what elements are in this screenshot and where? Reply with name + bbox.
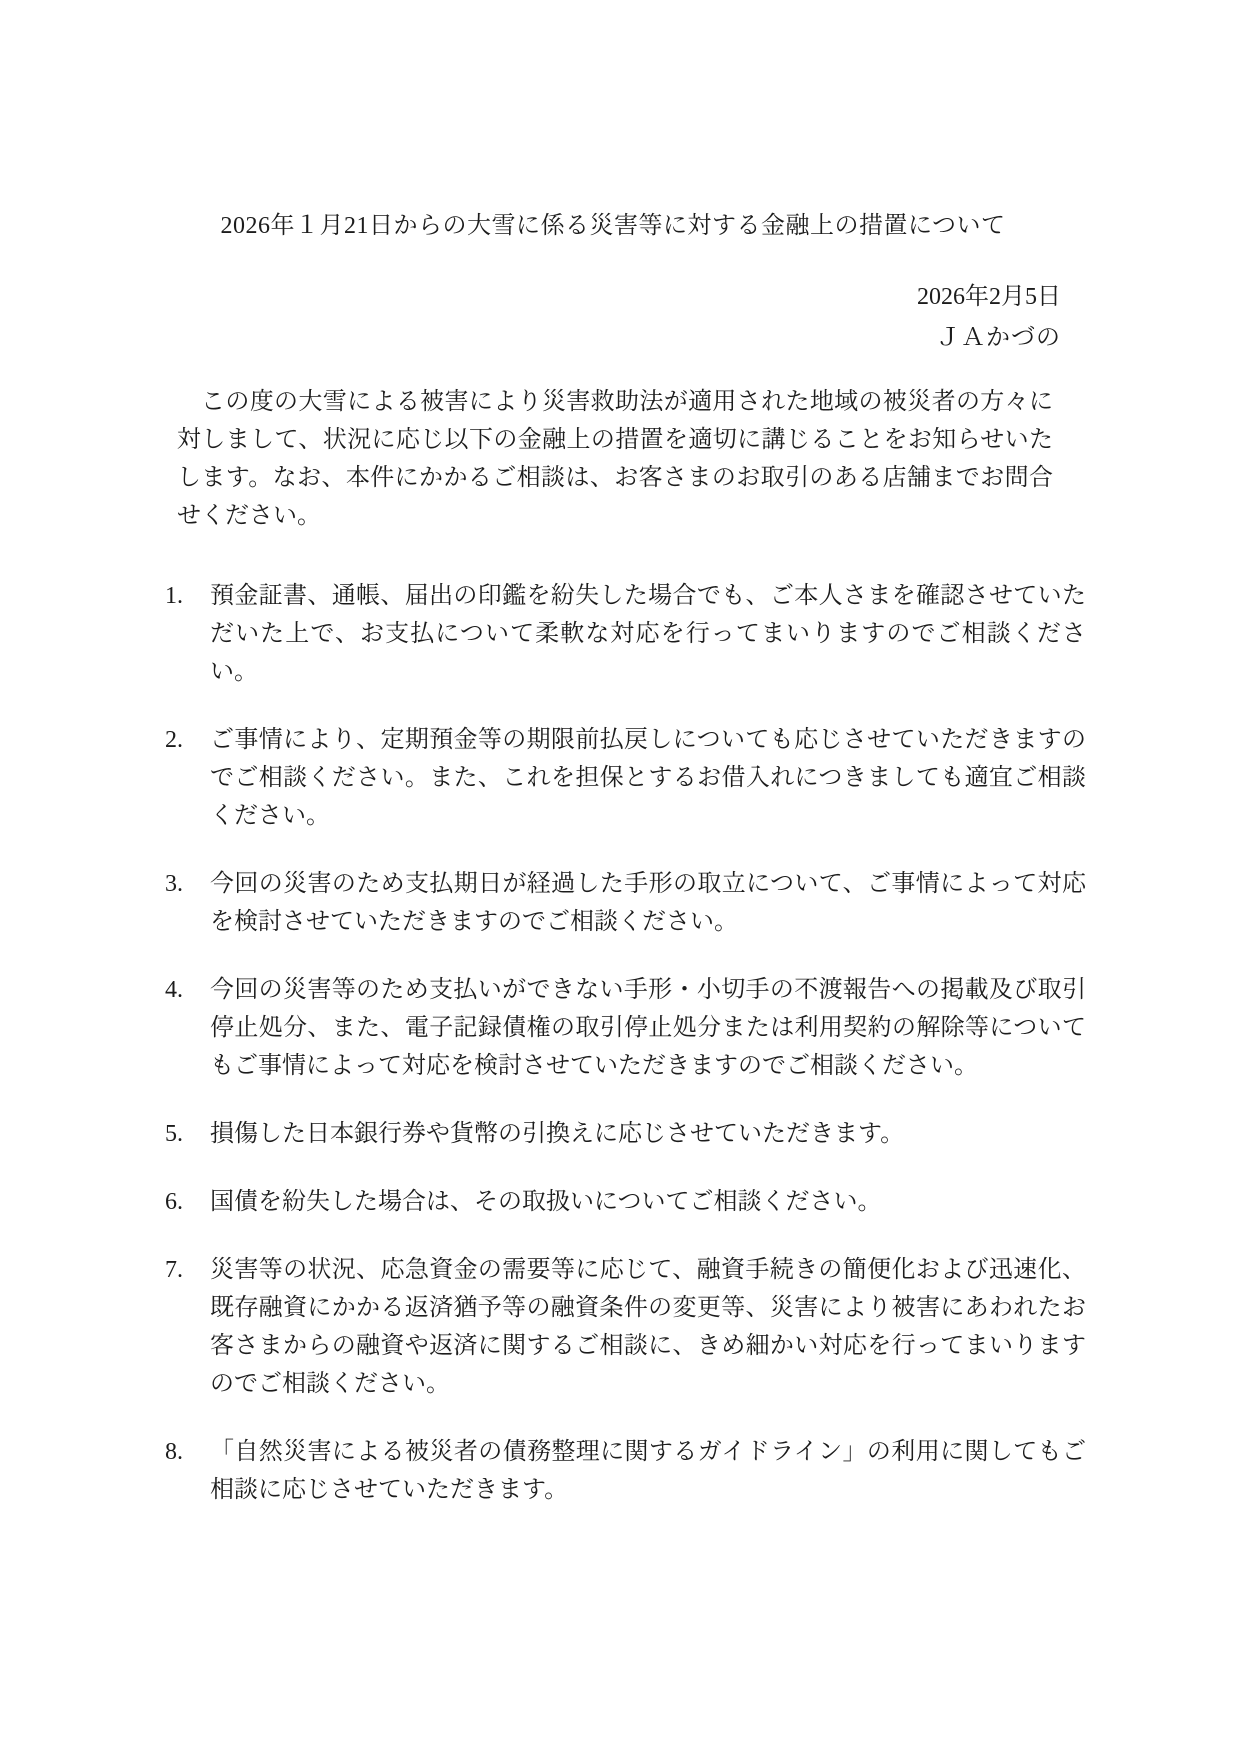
list-item: 1. 預金証書、通帳、届出の印鑑を紛失した場合でも、ご本人さまを確認させていただ… xyxy=(165,577,1086,691)
document-title: 2026年１月21日からの大雪に係る災害等に対する金融上の措置について xyxy=(165,207,1061,245)
item-text: 損傷した日本銀行券や貨幣の引換えに応じさせていただきます。 xyxy=(210,1121,904,1147)
item-number: 6. xyxy=(165,1183,205,1221)
item-number: 2. xyxy=(165,721,205,759)
document-content: 2026年１月21日からの大雪に係る災害等に対する金融上の措置について 2026… xyxy=(165,207,1061,1509)
document-date: 2026年2月5日 xyxy=(165,278,1061,316)
item-number: 3. xyxy=(165,865,205,903)
item-number: 5. xyxy=(165,1115,205,1153)
item-number: 1. xyxy=(165,577,205,615)
list-item: 5. 損傷した日本銀行券や貨幣の引換えに応じさせていただきます。 xyxy=(165,1115,1086,1153)
list-item: 3. 今回の災害のため支払期日が経過した手形の取立について、ご事情によって対応を… xyxy=(165,865,1086,941)
intro-paragraph: この度の大雪による被害により災害救助法が適用された地域の被災者の方々に対しまして… xyxy=(177,383,1053,535)
list-item: 7. 災害等の状況、応急資金の需要等に応じて、融資手続きの簡便化および迅速化、既… xyxy=(165,1251,1086,1403)
item-number: 7. xyxy=(165,1251,205,1289)
item-text: 国債を紛失した場合は、その取扱いについてご相談ください。 xyxy=(210,1189,882,1215)
list-item: 6. 国債を紛失した場合は、その取扱いについてご相談ください。 xyxy=(165,1183,1086,1221)
document-page: 2026年１月21日からの大雪に係る災害等に対する金融上の措置について 2026… xyxy=(0,0,1241,1755)
item-text: 預金証書、通帳、届出の印鑑を紛失した場合でも、ご本人さまを確認させていただいた上… xyxy=(210,583,1086,685)
item-number: 4. xyxy=(165,971,205,1009)
item-text: 今回の災害のため支払期日が経過した手形の取立について、ご事情によって対応を検討さ… xyxy=(210,871,1086,935)
item-number: 8. xyxy=(165,1433,205,1471)
measures-list: 1. 預金証書、通帳、届出の印鑑を紛失した場合でも、ご本人さまを確認させていただ… xyxy=(165,577,1061,1509)
item-text: 今回の災害等のため支払いができない手形・小切手の不渡報告への掲載及び取引停止処分… xyxy=(210,977,1086,1079)
item-text: 災害等の状況、応急資金の需要等に応じて、融資手続きの簡便化および迅速化、既存融資… xyxy=(210,1257,1086,1397)
organization-name: ＪＡかづの xyxy=(165,319,1061,357)
list-item: 2. ご事情により、定期預金等の期限前払戻しについても応じさせていただきますので… xyxy=(165,721,1086,835)
list-item: 4. 今回の災害等のため支払いができない手形・小切手の不渡報告への掲載及び取引停… xyxy=(165,971,1086,1085)
list-item: 8. 「自然災害による被災者の債務整理に関するガイドライン」の利用に関してもご相… xyxy=(165,1433,1086,1509)
item-text: 「自然災害による被災者の債務整理に関するガイドライン」の利用に関してもご相談に応… xyxy=(210,1439,1086,1503)
item-text: ご事情により、定期預金等の期限前払戻しについても応じさせていただきますのでご相談… xyxy=(210,727,1086,829)
